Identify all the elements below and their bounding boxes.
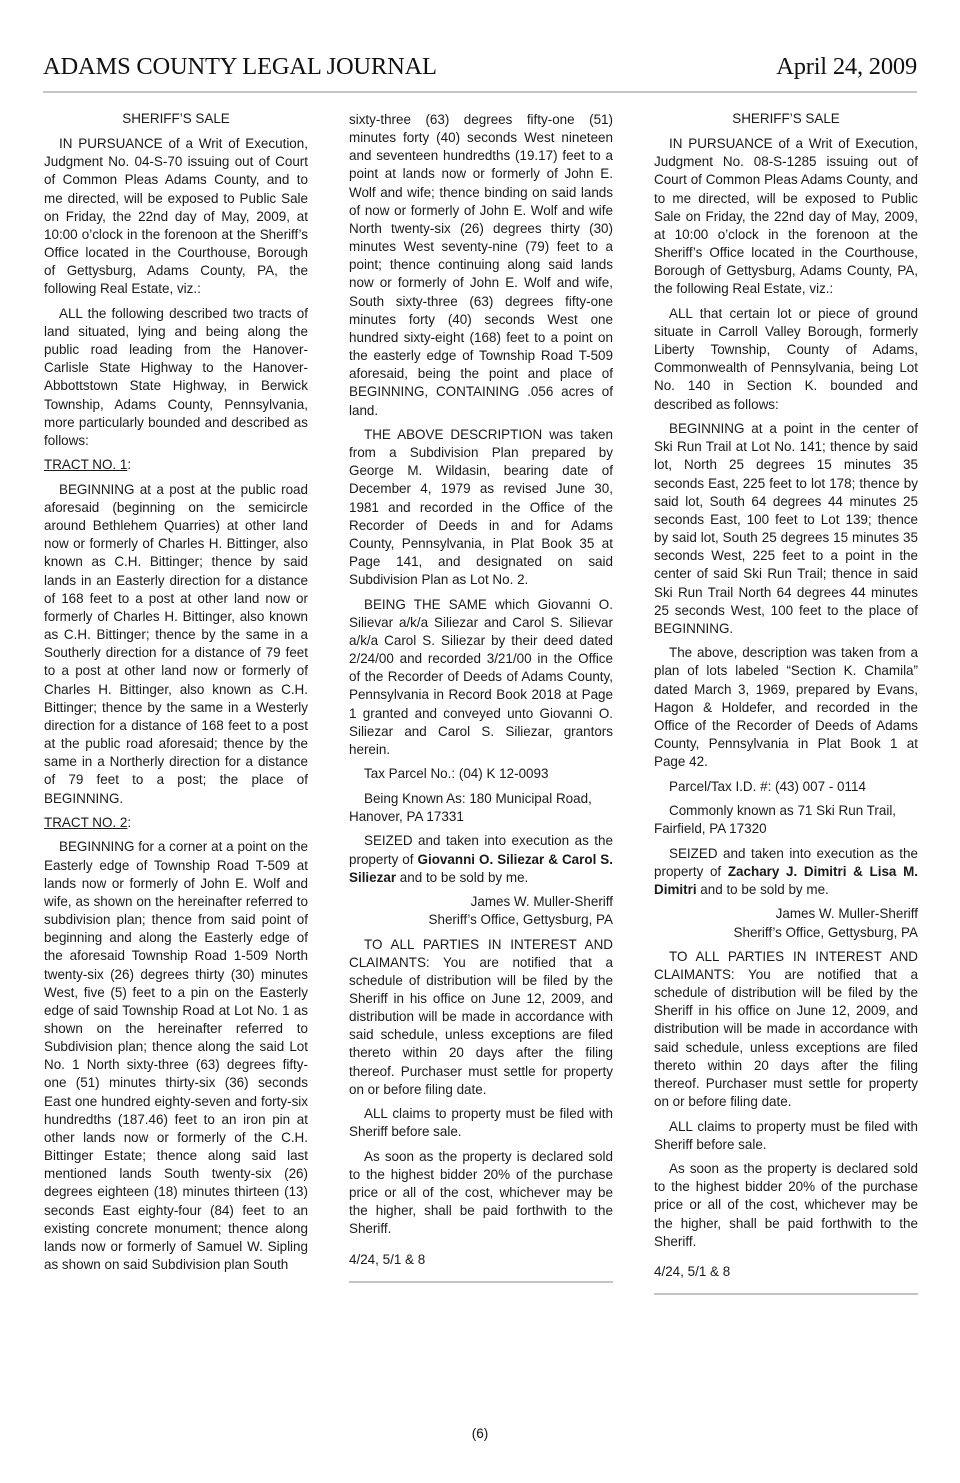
page-number: (6) <box>0 1426 960 1441</box>
paragraph-claims: ALL claims to property must be filed wit… <box>349 1105 613 1141</box>
header-divider <box>43 91 917 93</box>
paragraph-above-description: THE ABOVE DESCRIPTION was taken from a S… <box>349 426 613 589</box>
paragraph-tract-2: BEGINNING for a corner at a point on the… <box>44 838 308 1274</box>
issue-date: April 24, 2009 <box>776 52 917 82</box>
paragraph-payment-terms: As soon as the property is declared sold… <box>654 1160 918 1251</box>
publication-run-dates: 4/24, 5/1 & 8 <box>654 1263 918 1281</box>
seized-text-end: and to be sold by me. <box>697 882 829 897</box>
tract-2-colon: : <box>127 815 131 830</box>
paragraph-seized: SEIZED and taken into execution as the p… <box>349 832 613 886</box>
paragraph-property-description: ALL the following described two tracts o… <box>44 305 308 450</box>
notice-end-divider <box>654 1293 918 1295</box>
tract-1-heading: TRACT NO. 1: <box>44 456 308 474</box>
column-right-sheriffs-sale-08-S-1285: SHERIFF’S SALE IN PURSUANCE of a Writ of… <box>654 110 918 1295</box>
paragraph-claims: ALL claims to property must be filed wit… <box>654 1118 918 1154</box>
paragraph-beginning: BEGINNING at a point in the center of Sk… <box>654 420 918 638</box>
notice-heading: SHERIFF’S SALE <box>44 110 308 128</box>
property-address: Being Known As: 180 Municipal Road, Hano… <box>349 790 613 826</box>
paragraph-tract-2-continued: sixty-three (63) degrees fifty-one (51) … <box>349 111 613 420</box>
sheriff-signature: James W. Muller-SheriffSheriff’s Office,… <box>349 893 613 929</box>
sheriff-name: James W. Muller-Sheriff <box>349 893 613 911</box>
tract-1-label: TRACT NO. 1 <box>44 457 127 472</box>
tax-parcel-number: Tax Parcel No.: (04) K 12-0093 <box>349 765 613 783</box>
paragraph-property-description: ALL that certain lot or piece of ground … <box>654 305 918 414</box>
paragraph-pursuance: IN PURSUANCE of a Writ of Execution, Jud… <box>44 135 308 298</box>
sheriff-signature: James W. Muller-SheriffSheriff’s Office,… <box>654 905 918 941</box>
paragraph-payment-terms: As soon as the property is declared sold… <box>349 1148 613 1239</box>
masthead: ADAMS COUNTY LEGAL JOURNAL April 24, 200… <box>43 52 917 92</box>
sheriff-office: Sheriff’s Office, Gettysburg, PA <box>654 924 918 942</box>
publication-title: ADAMS COUNTY LEGAL JOURNAL <box>43 52 437 82</box>
paragraph-to-all-parties: TO ALL PARTIES IN INTEREST AND CLAIMANTS… <box>349 936 613 1099</box>
paragraph-pursuance: IN PURSUANCE of a Writ of Execution, Jud… <box>654 135 918 298</box>
tax-parcel-number: Parcel/Tax I.D. #: (43) 007 - 0114 <box>654 778 918 796</box>
seized-text-end: and to be sold by me. <box>396 870 528 885</box>
paragraph-seized: SEIZED and taken into execution as the p… <box>654 845 918 899</box>
paragraph-being-the-same: BEING THE SAME which Giovanni O. Silieva… <box>349 596 613 759</box>
tract-1-colon: : <box>127 457 131 472</box>
tract-2-heading: TRACT NO. 2: <box>44 814 308 832</box>
column-middle-continuation: sixty-three (63) degrees fifty-one (51) … <box>349 111 613 1283</box>
publication-run-dates: 4/24, 5/1 & 8 <box>349 1251 613 1269</box>
notice-heading: SHERIFF’S SALE <box>654 110 918 128</box>
sheriff-office: Sheriff’s Office, Gettysburg, PA <box>349 911 613 929</box>
paragraph-above-description: The above, description was taken from a … <box>654 644 918 771</box>
sheriff-name: James W. Muller-Sheriff <box>654 905 918 923</box>
property-address: Commonly known as 71 Ski Run Trail, Fair… <box>654 802 918 838</box>
column-left-sheriffs-sale-04-S-70: SHERIFF’S SALE IN PURSUANCE of a Writ of… <box>44 110 308 1280</box>
tract-2-label: TRACT NO. 2 <box>44 815 127 830</box>
notice-end-divider <box>349 1281 613 1283</box>
paragraph-tract-1: BEGINNING at a post at the public road a… <box>44 481 308 808</box>
paragraph-to-all-parties: TO ALL PARTIES IN INTEREST AND CLAIMANTS… <box>654 948 918 1111</box>
